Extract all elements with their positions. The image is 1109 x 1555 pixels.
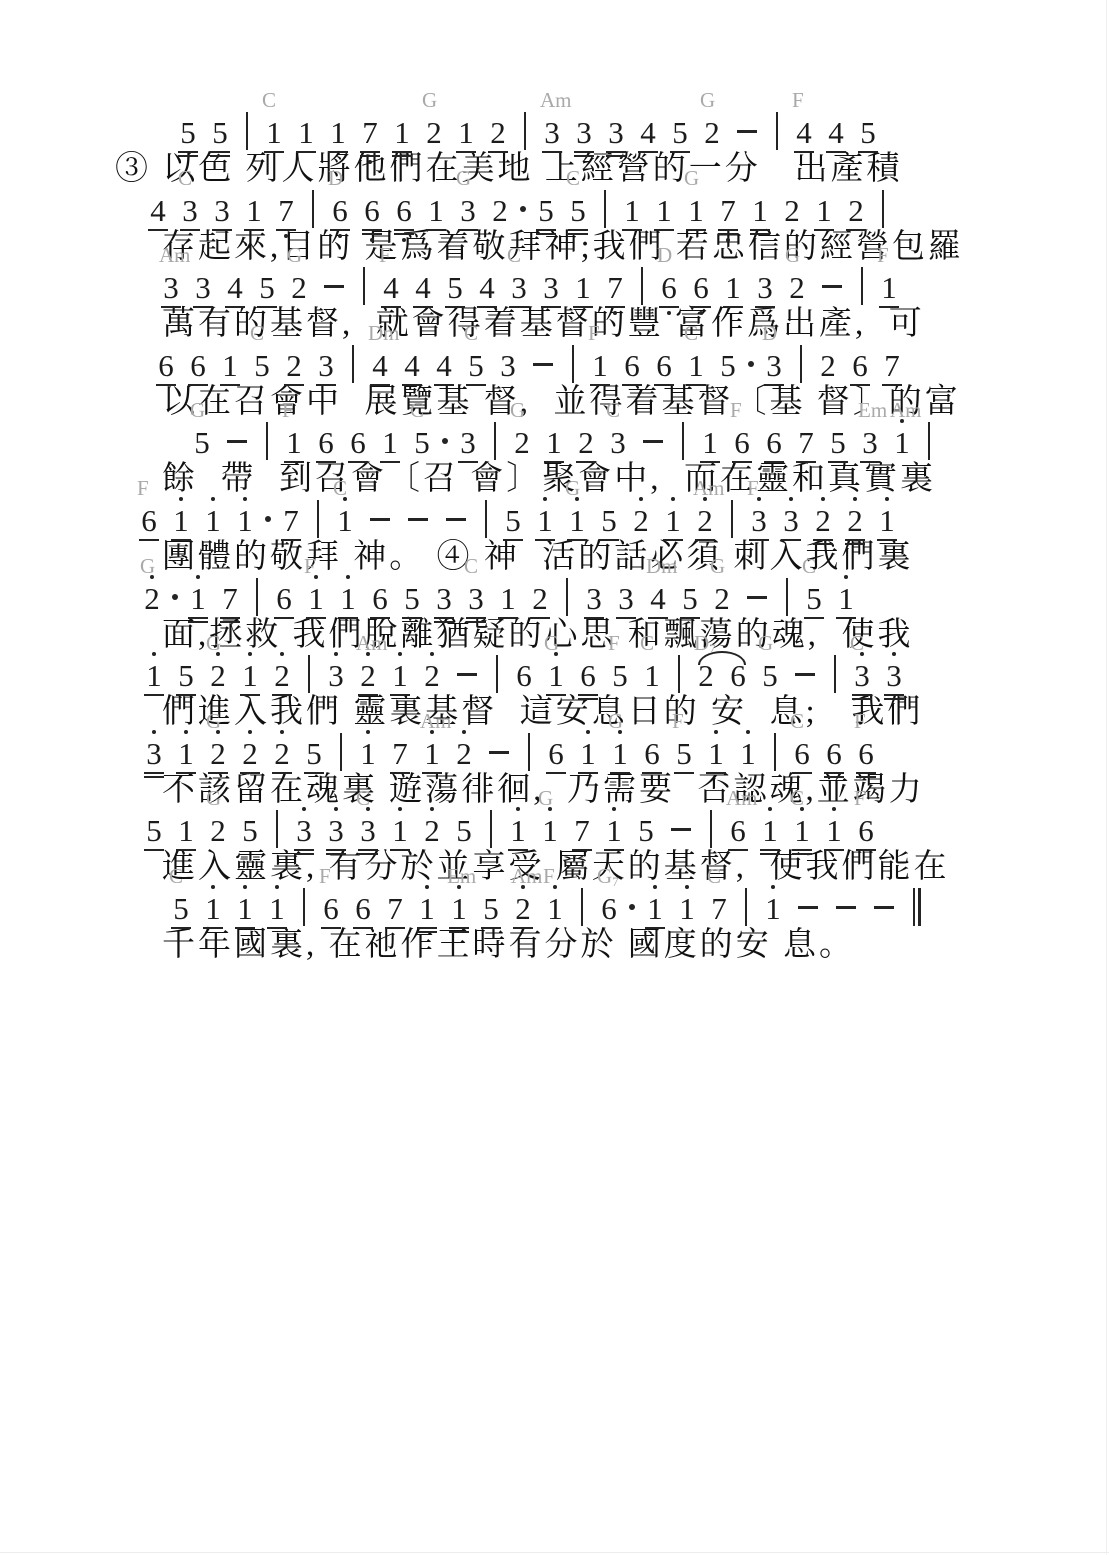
note-digit: 1 [573,272,593,303]
note-digit: 6 [856,738,876,769]
note-digit: 2 [424,117,444,148]
duration-dot-icon [629,904,635,910]
note-digit: 6 [732,427,752,458]
note-digit: 1 [392,117,412,148]
duration-dash [798,906,818,909]
note-digit: 5 [192,427,212,458]
duration-dot-icon [265,516,271,522]
barline [352,345,354,383]
note: 3 [616,583,636,614]
note-digit: 4 [794,117,814,148]
note: 7 [605,272,625,303]
note-digit: 1 [240,660,260,691]
high-octave-dot-icon [757,497,761,501]
note-digit: 3 [144,738,164,769]
barline [745,888,747,926]
note: 1 [220,350,240,381]
note: 6 [514,660,534,691]
note-digit: 4 [402,350,422,381]
note: 1 [723,272,743,303]
note: 6 [156,350,176,381]
note-digit: 1 [723,272,743,303]
note: C1 [264,117,284,148]
high-octave-dot-icon [821,497,825,501]
note-digit: 7 [572,815,592,846]
note-digit: 4 [648,583,668,614]
note-digit: 6 [514,660,534,691]
note: 5 [718,350,738,381]
note: 3 [193,272,213,303]
note: 1 [750,195,770,226]
high-octave-dot-icon [639,497,643,501]
note-digit: 5 [412,427,432,458]
note-digit: 1 [677,893,697,924]
chord-label: G [684,168,699,189]
note: F3 [749,505,769,536]
note-digit: 1 [763,893,783,924]
note-digit: 1 [760,815,780,846]
note: 1 [358,738,378,769]
chord-label: Am [159,245,191,266]
note-digit: 4 [381,272,401,303]
barline [276,810,278,848]
note-digit: 1 [892,427,912,458]
high-octave-dot-icon [714,730,718,734]
note: G5 [192,427,212,458]
note-digit: 2 [358,660,378,691]
high-octave-dot-icon [832,807,836,811]
note: 6 [546,738,566,769]
note: F5 [610,660,630,691]
note: 5 [536,195,556,226]
note: C5 [568,195,588,226]
chord-label: C [464,323,478,344]
note-digit: 4 [370,350,390,381]
low-octave-dot-icon [699,311,703,315]
note: 5 [257,272,277,303]
note: 5 [144,815,164,846]
staff-system-4: 661C523Dm444C53F166C15D3267以在召會中 展覽基 督, … [0,363,961,416]
note: G2 [787,272,807,303]
chord-label: C [464,556,478,577]
note: C1 [335,505,355,536]
note-digit: 1 [877,505,897,536]
note: G1 [540,815,560,846]
note: C6 [792,738,812,769]
note-digit: 3 [616,583,636,614]
note-digit: 3 [434,583,454,614]
note: G5 [760,660,780,691]
note-digit: 2 [696,660,716,691]
high-octave-dot-icon [900,419,904,423]
chord-label: C [707,866,721,887]
note: 1 [390,815,410,846]
high-octave-dot-icon [653,885,657,889]
note-digit: 6 [362,195,382,226]
note: 3 [541,272,561,303]
staff-system-1: 55C11171G212Am33345G2F445③ 以色 列人將他們在美地 上… [0,130,903,183]
note-digit: 2 [695,505,715,536]
note-digit: 7 [882,350,902,381]
note-digit: 1 [422,738,442,769]
note: 1 [706,738,726,769]
note: Am2 [513,893,533,924]
note: F1 [879,272,899,303]
note: 1 [171,505,191,536]
note-digit: 6 [546,738,566,769]
note-digit: 3 [755,272,775,303]
note-digit: 1 [449,893,469,924]
high-octave-dot-icon [152,730,156,734]
note-digit: 1 [508,815,528,846]
note: 5 [210,117,230,148]
note: 2 [631,505,651,536]
note: 2 [454,738,474,769]
note: 7 [718,195,738,226]
note: 1 [877,505,897,536]
note: C7 [709,893,729,924]
high-octave-dot-icon [152,652,156,656]
note-digit: 5 [454,815,474,846]
note-digit: 7 [718,195,738,226]
note: 5 [503,505,523,536]
notes-row: 31G222517Am1261G16F511C66F6 [0,721,882,768]
note: D6 [659,272,679,303]
note-digit: 3 [326,815,346,846]
note-digit: 6 [824,738,844,769]
note: 2 [272,660,292,691]
note-digit: 2 [208,738,228,769]
page-right-edge [1106,0,1107,1555]
note-digit: 1 [750,195,770,226]
note: 6 [728,660,748,691]
low-octave-dot-icon [338,234,342,238]
note: 5 [680,583,700,614]
note-digit: 3 [860,427,880,458]
note-digit: 5 [828,427,848,458]
note-digit: 1 [235,505,255,536]
note: F1 [306,583,326,614]
note: 1 [622,195,642,226]
chord-label: C [356,788,370,809]
note-digit: 5 [171,893,191,924]
high-octave-dot-icon [703,497,707,501]
note-digit: 5 [674,738,694,769]
note-digit: 2 [846,195,866,226]
note: 1 [144,660,164,691]
note: 5 [636,815,656,846]
note: 4 [148,195,168,226]
note-digit: 5 [176,660,196,691]
staff-system-11: C5111F6671Em15Am2F1G7611C71千年國裏, 在祂作王時有分… [0,906,925,959]
note-digit: 1 [879,272,899,303]
note-digit: 1 [622,195,642,226]
note: D3 [764,350,784,381]
note-digit: 7 [390,738,410,769]
note-digit: 3 [466,583,486,614]
note-digit: 5 [610,660,630,691]
high-octave-dot-icon [211,497,215,501]
note-digit: 6 [691,272,711,303]
note: F1 [590,350,610,381]
note-digit: 2 [490,195,510,226]
high-octave-dot-icon [543,497,547,501]
note: 1 [573,272,593,303]
note-digit: 6 [856,815,876,846]
chord-label: F [672,711,684,732]
note-digit: 3 [749,505,769,536]
note-digit: 6 [642,738,662,769]
high-octave-dot-icon [457,885,461,889]
note: 1 [235,505,255,536]
note: 5 [599,505,619,536]
note-digit: 3 [542,117,562,148]
note: 1 [328,117,348,148]
chord-label: G [422,90,437,111]
barline [312,190,314,228]
low-octave-dot-icon [667,311,671,315]
high-octave-dot-icon [586,730,590,734]
barline [731,500,733,538]
high-octave-dot-icon [334,807,338,811]
note: 6 [348,427,368,458]
chord-label: G [565,478,580,499]
note: G2 [512,427,532,458]
chord-label: Am [890,400,922,421]
note: 4 [225,272,245,303]
note-digit: 2 [422,660,442,691]
high-octave-dot-icon [275,885,279,889]
note: 5 [240,815,260,846]
high-octave-dot-icon [618,730,622,734]
note: 7 [360,117,380,148]
chord-label: F [282,400,294,421]
note-digit: 2 [422,815,442,846]
note: G2 [289,272,309,303]
high-octave-dot-icon [844,575,848,579]
chord-label: G [140,556,155,577]
note: 5 [481,893,501,924]
note-digit: 5 [445,272,465,303]
note: Am3 [161,272,181,303]
note-digit: 5 [466,350,486,381]
note: 2 [530,583,550,614]
note: 6 [764,427,784,458]
note: 1 [390,660,410,691]
chord-label: C [178,168,192,189]
note: 2 [576,427,596,458]
high-octave-dot-icon [516,807,520,811]
note: 2 [846,195,866,226]
note: F4 [794,117,814,148]
barline [485,500,487,538]
high-octave-dot-icon [771,885,775,889]
duration-dash [227,440,247,443]
note-digit: 6 [659,272,679,303]
notes-row: 15G2123Am2126G16F5C1D726G5C33 [0,643,910,690]
note-digit: 6 [578,660,598,691]
note-digit: 1 [535,505,555,536]
barline [861,267,863,305]
note: 1 [544,427,564,458]
note: 7 [882,350,902,381]
high-octave-dot-icon [746,730,750,734]
note-digit: 2 [530,583,550,614]
note: 2 [813,505,833,536]
chord-label: C [333,478,347,499]
chord-label: C [640,633,654,654]
note-digit: 5 [503,505,523,536]
duration-dash [795,673,815,676]
duration-dash [324,285,344,288]
note-digit: 1 [176,738,196,769]
chord-label: Dm [646,556,678,577]
note-digit: 1 [306,583,326,614]
note-digit: 7 [360,117,380,148]
note-digit: 1 [645,893,665,924]
note: 1 [338,583,358,614]
note-digit: 2 [813,505,833,536]
note-digit: 2 [454,738,474,769]
barline [682,422,684,460]
chord-label: F [854,711,866,732]
note-digit: 6 [850,350,870,381]
barline [774,733,776,771]
barline [678,655,680,693]
duration-dash [457,673,477,676]
note-digit: 3 [606,117,626,148]
chord-label: D [762,323,777,344]
note: 6 [578,660,598,691]
note: C3 [509,272,529,303]
note: C3 [180,195,200,226]
note-digit: 2 [208,815,228,846]
note-digit: 1 [545,893,565,924]
note: 2 [782,195,802,226]
note-digit: 7 [220,583,240,614]
high-octave-dot-icon [334,652,338,656]
chord-label: D7 [694,633,716,655]
note-digit: 1 [814,195,834,226]
note: 7 [276,195,296,226]
low-octave-dot-icon [284,234,288,238]
duration-dash [671,828,691,831]
note-digit: 1 [220,350,240,381]
high-octave-dot-icon [430,807,434,811]
notes-row: F61117C151G1521Am2F33221 [0,488,903,535]
note-digit: 1 [706,738,726,769]
note-digit: 5 [144,815,164,846]
low-octave-dot-icon [402,238,406,242]
note-digit: 2 [142,583,162,614]
note-digit: 7 [709,893,729,924]
barline [604,190,606,228]
barline [834,655,836,693]
note: 1 [417,893,437,924]
chord-label: G [785,245,800,266]
note: C5 [171,893,191,924]
note: G1 [546,660,566,691]
note-digit: 2 [845,505,865,536]
note: 3 [458,427,478,458]
note-digit: 6 [156,350,176,381]
chord-label: G [206,788,221,809]
chord-label: G [287,245,302,266]
note-digit: 5 [858,117,878,148]
high-octave-dot-icon [430,730,434,734]
note-digit: 1 [264,117,284,148]
note: 1 [203,893,223,924]
note-digit: 1 [654,195,674,226]
note-digit: 1 [188,583,208,614]
note-digit: 7 [605,272,625,303]
note: 2 [818,350,838,381]
note: 3 [781,505,801,536]
chord-label: G [710,556,725,577]
high-octave-dot-icon [398,652,402,656]
note-digit: 1 [590,350,610,381]
note-digit: 7 [796,427,816,458]
note-digit: 5 [670,117,690,148]
note: 5 [858,117,878,148]
note: 6 [394,195,414,226]
note-digit: 3 [193,272,213,303]
note-digit: 1 [686,195,706,226]
note: 1 [738,738,758,769]
chord-label: F [319,866,331,887]
chord-label: Am [726,788,758,809]
high-octave-dot-icon [248,730,252,734]
note: 6 [274,583,294,614]
high-octave-dot-icon [860,652,864,656]
note-digit: 6 [274,583,294,614]
note: 1 [578,738,598,769]
note-digit: 1 [700,427,720,458]
note: C5 [252,350,272,381]
note: 7 [281,505,301,536]
chord-label: G [538,788,553,809]
note-digit: 5 [252,350,272,381]
note: 7 [220,583,240,614]
note: 6 [824,738,844,769]
note-digit: 5 [680,583,700,614]
note-digit: 1 [335,505,355,536]
note: 3 [294,815,314,846]
chord-label: F [747,478,759,499]
note: 6 [370,583,390,614]
note: 1 [645,893,665,924]
chord-label: Em [447,866,476,887]
note-digit: 6 [370,583,390,614]
high-octave-dot-icon [800,807,804,811]
note-digit: 2 [512,427,532,458]
chord-label: G [700,90,715,111]
high-octave-dot-icon [366,730,370,734]
note: F6 [732,427,752,458]
chord-label: F [730,400,742,421]
note-digit: 1 [546,660,566,691]
staff-system-8: 15G2123Am2126G16F5C1D726G5C33們進入我們 靈裏基督 … [0,673,923,726]
chord-label: F [137,478,149,499]
note-digit: 1 [328,117,348,148]
note-digit: 3 [212,195,232,226]
high-octave-dot-icon [196,575,200,579]
note: 1 [663,505,683,536]
note-digit: 2 [513,893,533,924]
note: C5 [466,350,486,381]
high-octave-dot-icon [892,652,896,656]
note: G1 [686,195,706,226]
